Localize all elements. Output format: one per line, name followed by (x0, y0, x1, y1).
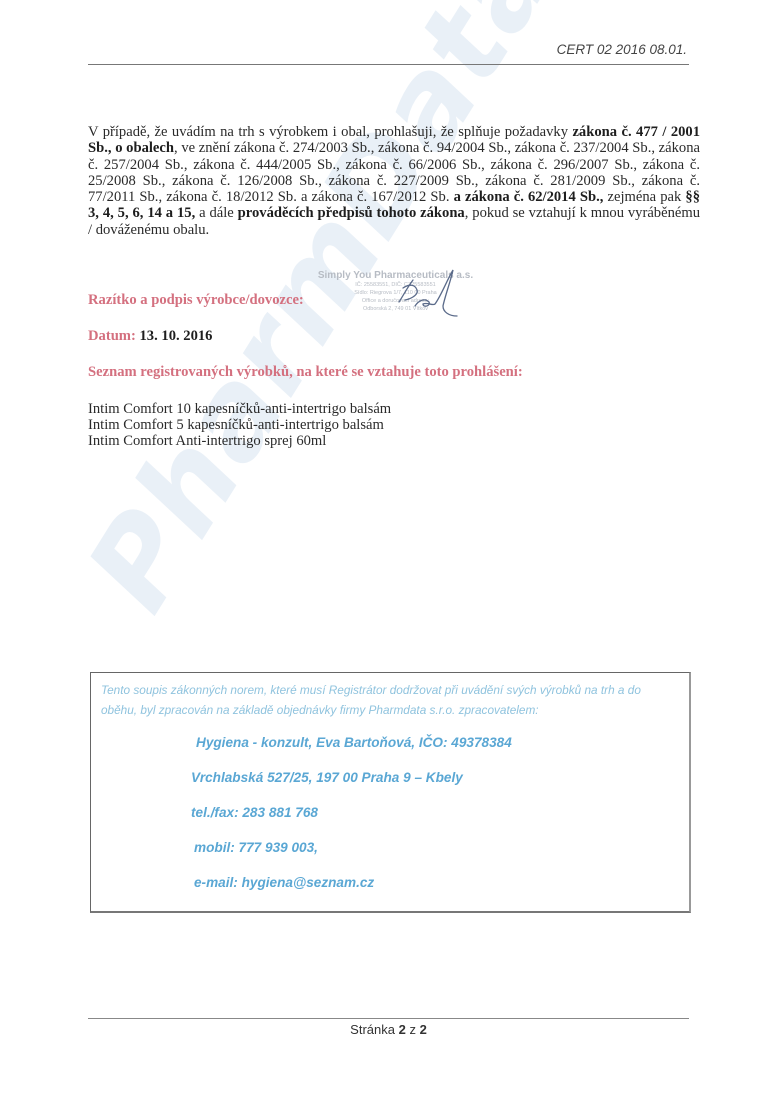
mobile-line: mobil: 777 939 003, (194, 838, 512, 873)
product-item: Intim Comfort 5 kapesníčků-anti-intertri… (88, 417, 700, 433)
text-segment: a dále (195, 205, 237, 221)
bold-text-segment: prováděcích předpisů tohoto zákona (238, 205, 465, 221)
page-number: Stránka 2 z 2 (0, 1022, 777, 1037)
page-prefix: Stránka (350, 1022, 395, 1037)
page-total: 2 (420, 1022, 427, 1037)
company-line: Hygiena - konzult, Eva Bartoňová, IČO: 4… (196, 733, 512, 768)
date-row: Datum: 13. 10. 2016 (88, 328, 700, 345)
signature-label: Razítko a podpis výrobce/dovozce: (88, 292, 304, 309)
info-intro: Tento soupis zákonných norem, které musí… (101, 680, 679, 720)
footer-divider (88, 1018, 689, 1019)
page-current: 2 (399, 1022, 406, 1037)
product-item: Intim Comfort 10 kapesníčků-anti-intertr… (88, 401, 700, 417)
text-segment: V případě, že uvádím na trh s výrobkem i… (88, 124, 572, 140)
products-list: Intim Comfort 10 kapesníčků-anti-intertr… (88, 401, 700, 449)
page-sep: z (409, 1022, 416, 1037)
text-segment: zejména pak (603, 189, 685, 205)
phone-line: tel./fax: 283 881 768 (191, 803, 512, 838)
document-reference: CERT 02 2016 08.01. (557, 42, 687, 57)
email-line: e-mail: hygiena@seznam.cz (194, 873, 512, 908)
bold-text-segment: a zákona č. 62/2014 Sb., (454, 189, 604, 205)
declaration-paragraph: V případě, že uvádím na trh s výrobkem i… (88, 124, 700, 238)
signature-section: Razítko a podpis výrobce/dovozce: Simply… (88, 276, 700, 320)
header-divider (88, 64, 689, 65)
handwritten-signature-icon (393, 266, 463, 322)
document-body: V případě, že uvádím na trh s výrobkem i… (88, 124, 700, 449)
contact-details: Hygiena - konzult, Eva Bartoňová, IČO: 4… (191, 733, 512, 908)
processor-info-box: Tento soupis zákonných norem, které musí… (90, 672, 691, 913)
products-heading: Seznam registrovaných výrobků, na které … (88, 364, 700, 381)
address-line: Vrchlabská 527/25, 197 00 Praha 9 – Kbel… (191, 768, 512, 803)
product-item: Intim Comfort Anti-intertrigo sprej 60ml (88, 433, 700, 449)
date-value: 13. 10. 2016 (140, 328, 213, 344)
date-label: Datum: (88, 328, 136, 344)
